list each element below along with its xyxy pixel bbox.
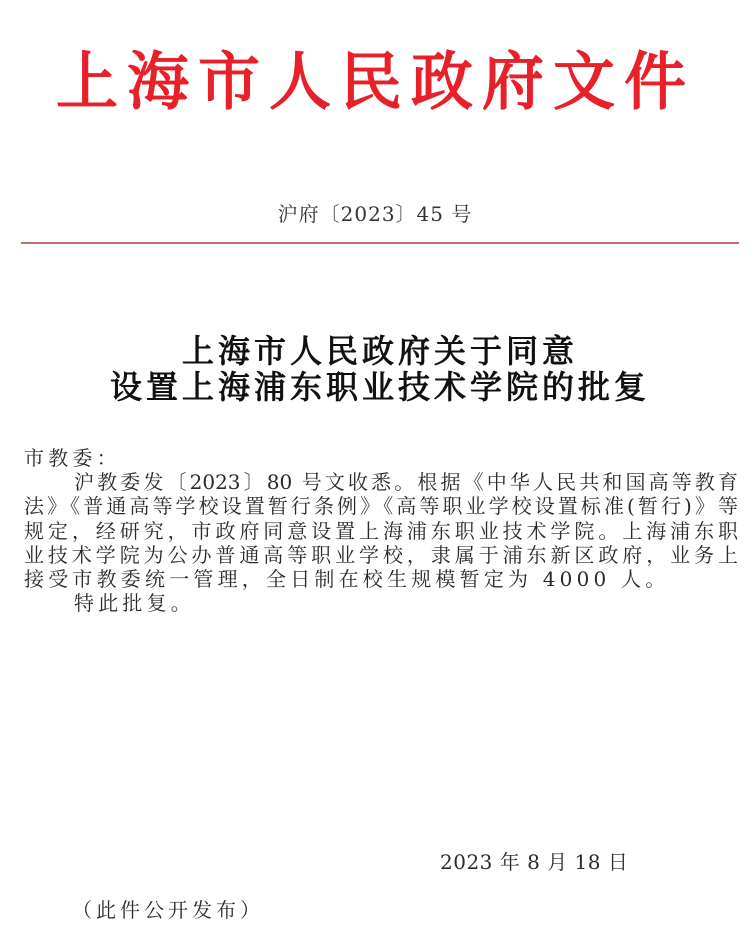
public-release-note: （此件公开发布） xyxy=(72,896,264,924)
issue-date: 2023 年 8 月 18 日 xyxy=(440,848,628,876)
document-heading-line-1: 上海市人民政府关于同意 xyxy=(0,333,750,369)
document-heading-line-2: 设置上海浦东职业技术学院的批复 xyxy=(0,369,750,405)
red-divider-rule xyxy=(21,242,739,244)
document-number: 沪府〔2023〕45 号 xyxy=(0,200,750,228)
body-paragraph-line: 沪教委发〔2023〕80 号文收悉。根据《中华人民共和国高等教育 xyxy=(24,470,738,494)
document-body: 市教委： 沪教委发〔2023〕80 号文收悉。根据《中华人民共和国高等教育 法》… xyxy=(24,446,740,615)
document-header-title: 上海市人民政府文件 xyxy=(56,43,706,121)
body-paragraph-line: 业技术学院为公办普通高等职业学校，隶属于浦东新区政府，业务上 xyxy=(24,543,738,567)
closing-phrase: 特此批复。 xyxy=(24,591,740,615)
body-paragraph-line: 规定，经研究，市政府同意设置上海浦东职业技术学院。上海浦东职 xyxy=(24,519,738,543)
body-paragraph-line: 法》《普通高等学校设置暂行条例》《高等职业学校设置标准(暂行)》等 xyxy=(24,494,738,518)
body-paragraph-line: 接受市教委统一管理，全日制在校生规模暂定为 4000 人。 xyxy=(24,567,740,591)
addressee: 市教委： xyxy=(24,446,740,470)
